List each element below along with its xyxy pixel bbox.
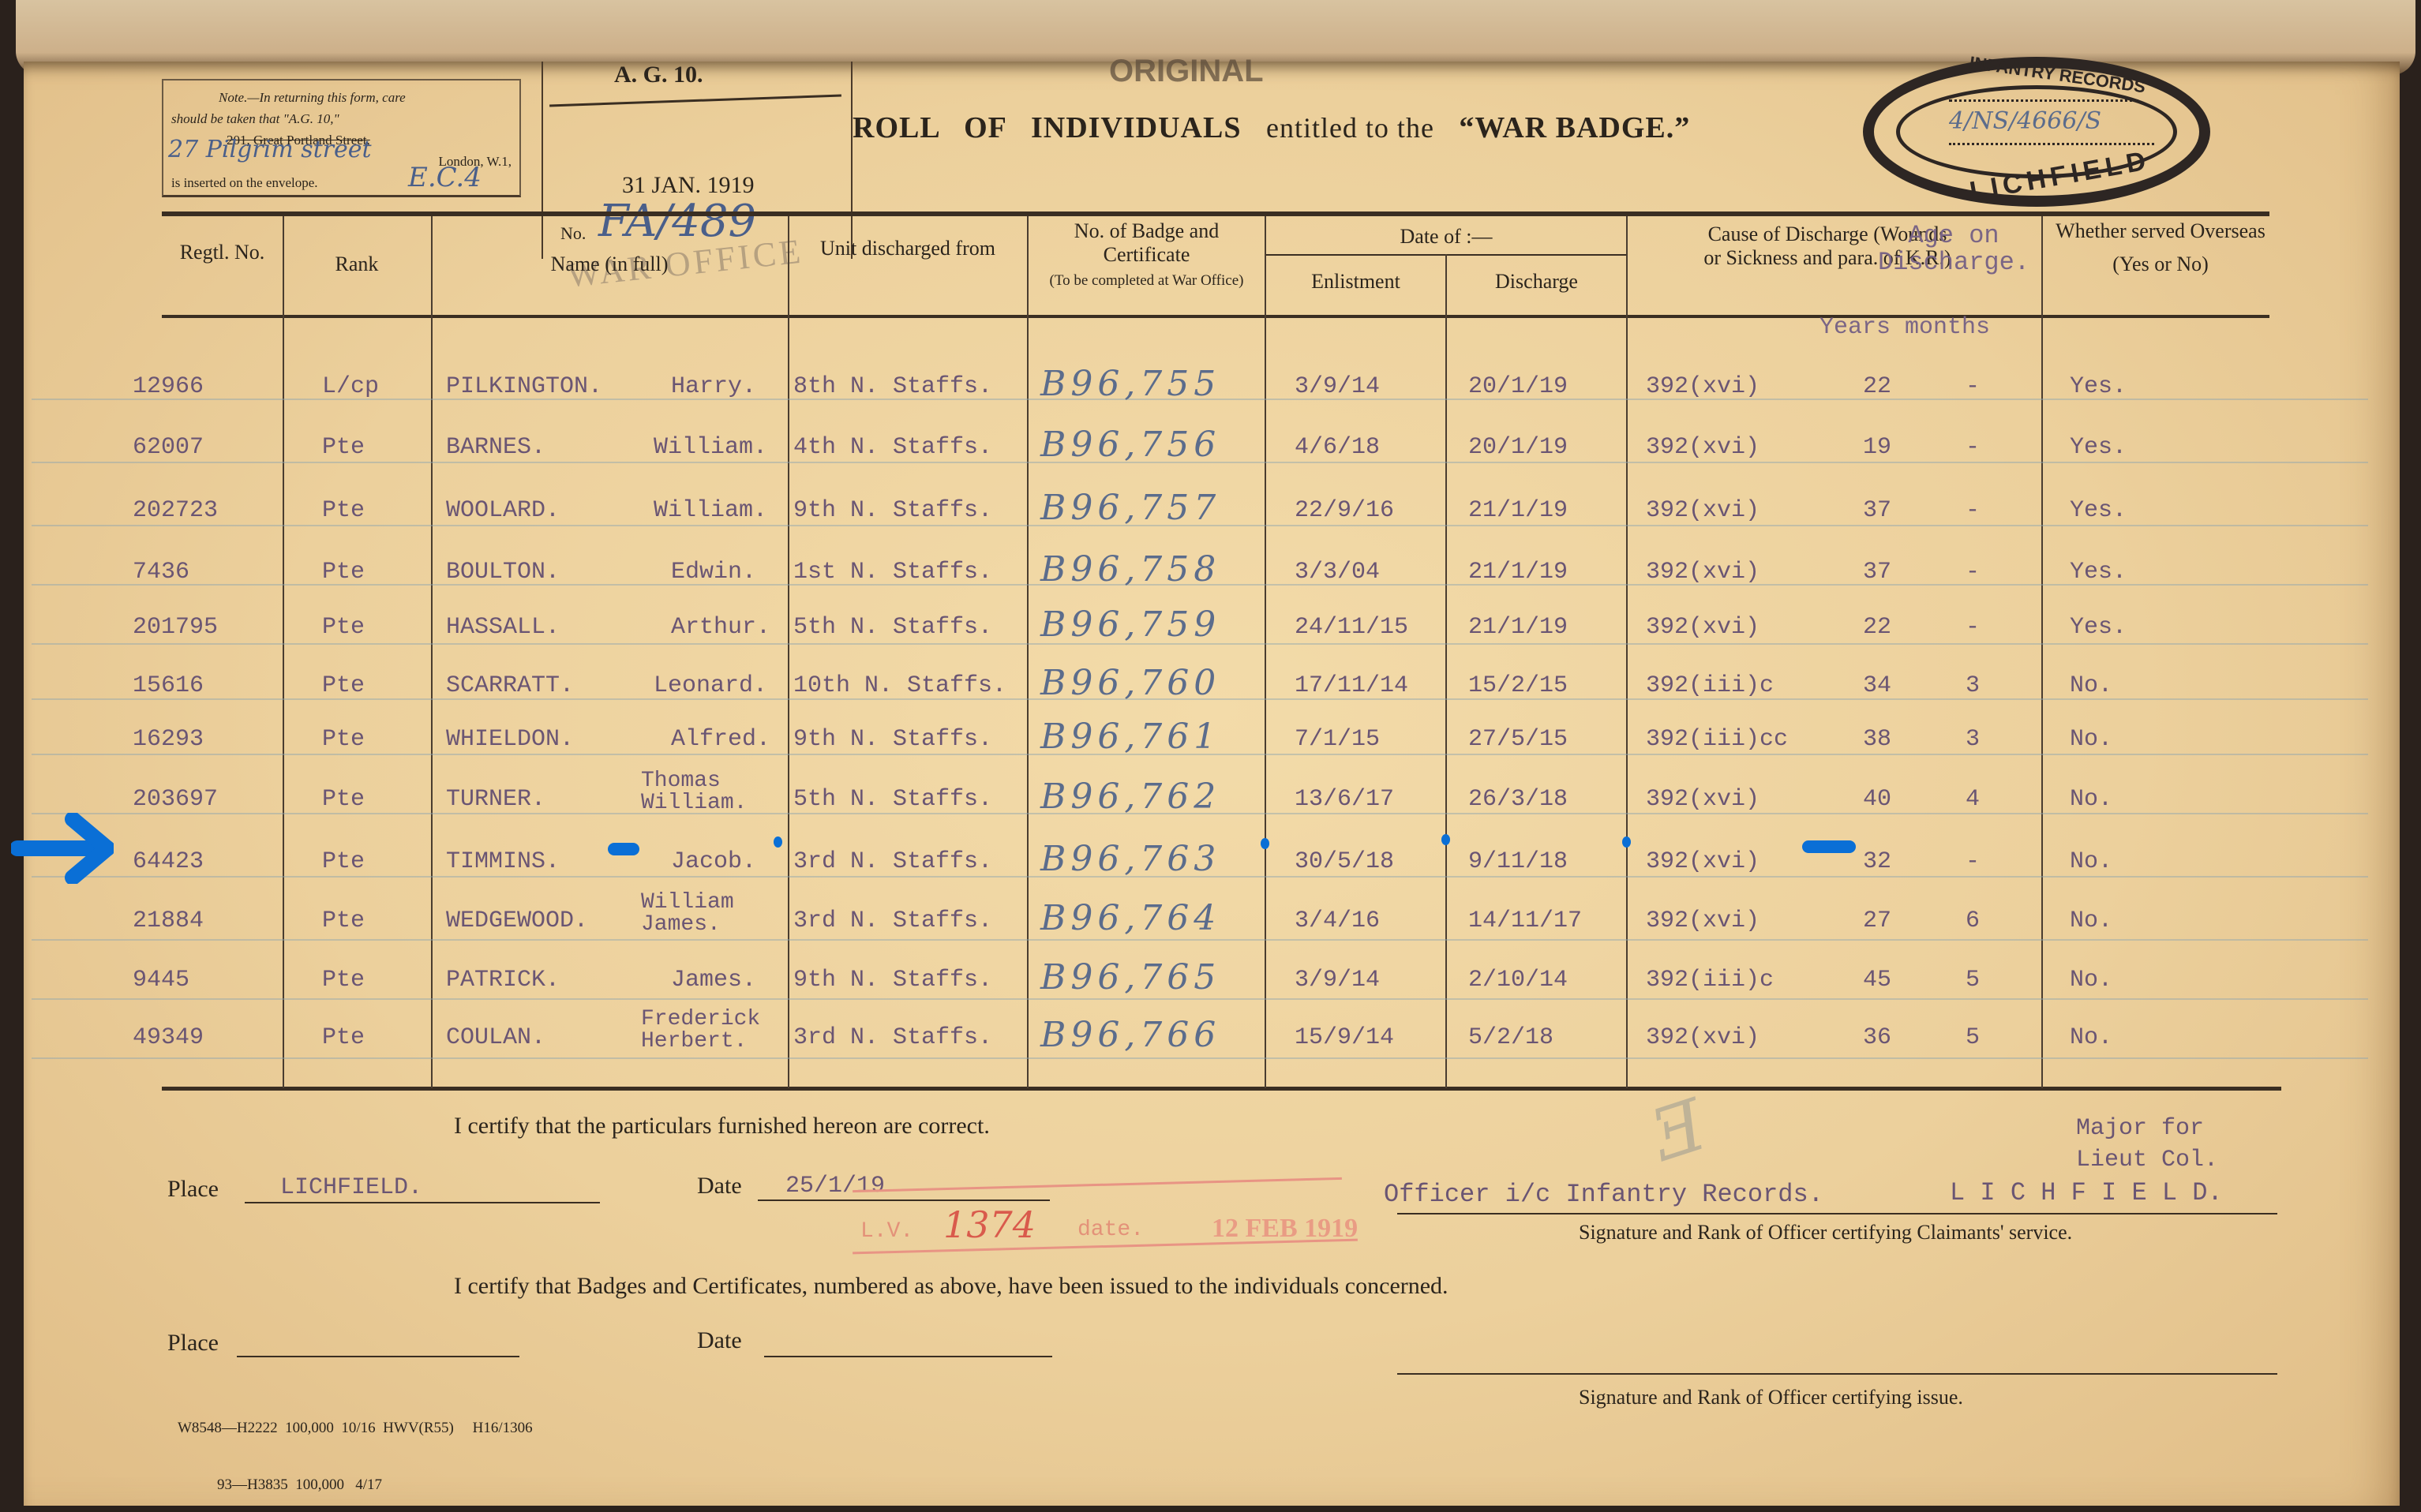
col-header-overseas: Whether served Overseas (Yes or No) (2046, 219, 2275, 276)
cause-cell: 392(xvi) (1646, 373, 1760, 400)
col-header-enlistment: Enlistment (1266, 270, 1445, 294)
unit-cell: 9th N. Staffs. (793, 967, 992, 994)
unit-cell: 3rd N. Staffs. (793, 908, 992, 934)
print-line-2: 93—H3835 100,000 4/17 (178, 1476, 533, 1495)
cause-cell: 392(iii)cc (1646, 726, 1788, 753)
age-months-cell: 3 (1966, 726, 1980, 753)
infantry-records-stamp: INFANTRY RECORDS 4/NS/4666/S LICHFIELD (1863, 57, 2210, 207)
enlistment-cell: 3/3/04 (1295, 559, 1380, 586)
cause-cell: 392(xvi) (1646, 848, 1760, 875)
rank-cell: Pte (322, 908, 365, 934)
age-months-cell: - (1966, 497, 1980, 524)
place2-field (237, 1356, 519, 1357)
enlistment-cell: 7/1/15 (1295, 726, 1380, 753)
return-note-box: Note.—In returning this form, care shoul… (162, 79, 521, 197)
surname-cell: PATRICK. (446, 967, 560, 994)
forenames-cell: William. (654, 497, 767, 524)
forenames-cell: Thomas William. (641, 770, 791, 814)
discharge-cell: 21/1/19 (1468, 614, 1568, 641)
signature-caption-issue: Signature and Rank of Officer certifying… (1579, 1386, 1963, 1409)
highlight-dash-cause (1802, 840, 1856, 853)
age-months-cell: - (1966, 559, 1980, 586)
cause-cell: 392(iii)c (1646, 672, 1774, 699)
title-roll: ROLL (853, 111, 939, 144)
forenames-cell: Arthur. (671, 614, 770, 641)
regtl-no-cell: 203697 (133, 786, 218, 813)
forenames-cell: Frederick Herbert. (641, 1009, 791, 1053)
cause-cell: 392(xvi) (1646, 1024, 1760, 1051)
note-line-1: Note.—In returning this form, care (171, 87, 512, 108)
overseas-cell: Yes. (2070, 373, 2127, 400)
cause-cell: 392(iii)c (1646, 967, 1774, 994)
received-date-stamp: 31 JAN. 1919 (622, 172, 755, 199)
cause-cell: 392(xvi) (1646, 434, 1760, 461)
right-arrow-icon (11, 813, 114, 884)
surname-cell: SCARRATT. (446, 672, 574, 699)
badge-number-cell: B96,759 (1040, 604, 1220, 645)
age-years-cell: 19 (1863, 434, 1891, 461)
col-header-badge: No. of Badge and Certificate (To be comp… (1034, 219, 1259, 290)
unit-cell: 10th N. Staffs. (793, 672, 1006, 699)
badge-number-cell: B96,765 (1040, 957, 1220, 997)
officer-place: L I C H F I E L D. (1950, 1178, 2223, 1207)
rank-cell: Pte (322, 786, 365, 813)
note-line-2: should be taken that "A.G. 10," (171, 108, 512, 129)
original-stamp: ORIGINAL (1109, 54, 1264, 89)
badge-number-cell: B96,755 (1040, 364, 1220, 404)
highlight-dot (1261, 838, 1269, 849)
overseas-cell: No. (2070, 786, 2112, 813)
date-label: Date (697, 1173, 742, 1199)
enlistment-cell: 3/4/16 (1295, 908, 1380, 934)
discharge-cell: 2/10/14 (1468, 967, 1568, 994)
rank-cell: Pte (322, 614, 365, 641)
surname-cell: COULAN. (446, 1024, 545, 1051)
regtl-no-cell: 64423 (133, 848, 204, 875)
years-months-stamp: Years months (1819, 314, 1990, 341)
regtl-no-cell: 9445 (133, 967, 189, 994)
regtl-no-cell: 12966 (133, 373, 204, 400)
red-stamp-number: 1374 (943, 1203, 1036, 1246)
unit-cell: 8th N. Staffs. (793, 373, 992, 400)
overseas-cell: Yes. (2070, 497, 2127, 524)
surname-cell: HASSALL. (446, 614, 560, 641)
badge-number-cell: B96,760 (1040, 663, 1220, 703)
age-years-cell: 27 (1863, 908, 1891, 934)
discharge-cell: 20/1/19 (1468, 373, 1568, 400)
forenames-cell: William. (654, 434, 767, 461)
discharge-cell: 15/2/15 (1468, 672, 1568, 699)
place2-label: Place (167, 1330, 219, 1357)
age-months-cell: 4 (1966, 786, 1980, 813)
rank-cell: Pte (322, 967, 365, 994)
enlistment-cell: 3/9/14 (1295, 373, 1380, 400)
cause-cell: 392(xvi) (1646, 497, 1760, 524)
overseas-cell: No. (2070, 908, 2112, 934)
badge-number-cell: B96,757 (1040, 488, 1220, 528)
surname-cell: BARNES. (446, 434, 545, 461)
officer-rank: Major for Lieut Col. (2076, 1113, 2218, 1176)
enlistment-cell: 17/11/14 (1295, 672, 1408, 699)
red-stamp-prefix: L.V. (860, 1219, 913, 1244)
forenames-cell: Harry. (671, 373, 756, 400)
badge-number-cell: B96,756 (1040, 425, 1220, 465)
stamp-reference: 4/NS/4666/S (1949, 107, 2101, 135)
discharge-cell: 21/1/19 (1468, 559, 1568, 586)
regtl-no-cell: 16293 (133, 726, 204, 753)
enlistment-cell: 15/9/14 (1295, 1024, 1394, 1051)
age-years-cell: 37 (1863, 497, 1891, 524)
discharge-cell: 21/1/19 (1468, 497, 1568, 524)
badge-number-cell: B96,758 (1040, 549, 1220, 589)
regtl-no-cell: 7436 (133, 559, 189, 586)
surname-cell: WEDGEWOOD. (446, 908, 588, 934)
unit-cell: 3rd N. Staffs. (793, 1024, 992, 1051)
rank-cell: Pte (322, 726, 365, 753)
forenames-cell: Edwin. (671, 559, 756, 586)
ag10-box: A. G. 10. 31 JAN. 1919 No. FA/489 WAR OF… (542, 62, 853, 259)
overseas-cell: No. (2070, 848, 2112, 875)
cause-cell: 392(xvi) (1646, 559, 1760, 586)
file-no-label: No. (560, 223, 586, 244)
document-title: ROLL OF INDIVIDUALS entitled to the “WAR… (853, 110, 1690, 145)
discharge-cell: 27/5/15 (1468, 726, 1568, 753)
highlight-dash-name (608, 843, 639, 855)
overseas-cell: No. (2070, 967, 2112, 994)
age-years-cell: 36 (1863, 1024, 1891, 1051)
print-line-1: W8548—H2222 100,000 10/16 HWV(R55) H16/1… (178, 1419, 533, 1438)
date2-field (764, 1356, 1052, 1357)
unit-cell: 1st N. Staffs. (793, 559, 992, 586)
overseas-cell: No. (2070, 726, 2112, 753)
age-months-cell: 3 (1966, 672, 1980, 699)
table-top-rule (162, 211, 2269, 216)
regtl-no-cell: 21884 (133, 908, 204, 934)
rank-cell: Pte (322, 497, 365, 524)
table-bottom-rule (162, 1087, 2281, 1091)
rank-cell: Pte (322, 672, 365, 699)
age-months-cell: - (1966, 614, 1980, 641)
age-months-cell: 5 (1966, 967, 1980, 994)
enlistment-cell: 3/9/14 (1295, 967, 1380, 994)
cause-cell: 392(xvi) (1646, 786, 1760, 813)
note-handwritten-code: E.C.4 (408, 167, 482, 189)
cause-cell: 392(xvi) (1646, 614, 1760, 641)
note-line-5: is inserted on the envelope. (171, 175, 318, 190)
rank-line-1: Major for (2076, 1113, 2218, 1144)
place-value: LICHFIELD. (280, 1174, 422, 1201)
print-code: W8548—H2222 100,000 10/16 HWV(R55) H16/1… (178, 1381, 533, 1512)
discharge-cell: 14/11/17 (1468, 908, 1582, 934)
certify-particulars: I certify that the particulars furnished… (454, 1113, 990, 1140)
enlistment-cell: 13/6/17 (1295, 786, 1394, 813)
discharge-cell: 20/1/19 (1468, 434, 1568, 461)
title-of: OF (964, 111, 1006, 144)
unit-cell: 9th N. Staffs. (793, 497, 992, 524)
badge-header-note: (To be completed at War Office) (1050, 272, 1244, 289)
badge-number-cell: B96,761 (1040, 717, 1220, 757)
unit-cell: 5th N. Staffs. (793, 786, 992, 813)
surname-cell: BOULTON. (446, 559, 560, 586)
rank-cell: Pte (322, 559, 365, 586)
title-war-badge: “WAR BADGE.” (1459, 111, 1690, 144)
forenames-cell: Alfred. (671, 726, 770, 753)
title-entitled: entitled to the (1266, 112, 1434, 144)
rank-line-2: Lieut Col. (2076, 1144, 2218, 1176)
signature-caption-service: Signature and Rank of Officer certifying… (1579, 1221, 2072, 1244)
enlistment-cell: 22/9/16 (1295, 497, 1394, 524)
highlight-dot (1622, 836, 1631, 848)
place-label: Place (167, 1176, 219, 1203)
regtl-no-cell: 15616 (133, 672, 204, 699)
note-handwritten-address: 27 Pilgrim street (168, 139, 372, 160)
age-months-cell: - (1966, 434, 1980, 461)
badge-number-cell: B96,764 (1040, 898, 1220, 938)
ag-form-label: A. G. 10. (614, 62, 703, 88)
forenames-cell: James. (671, 967, 756, 994)
age-years-cell: 22 (1863, 373, 1891, 400)
regtl-no-cell: 49349 (133, 1024, 204, 1051)
age-years-cell: 34 (1863, 672, 1891, 699)
forenames-cell: Leonard. (654, 672, 767, 699)
enlistment-cell: 4/6/18 (1295, 434, 1380, 461)
surname-cell: TIMMINS. (446, 848, 560, 875)
overseas-cell: Yes. (2070, 559, 2127, 586)
rank-cell: Pte (322, 434, 365, 461)
discharge-cell: 26/3/18 (1468, 786, 1568, 813)
age-months-cell: - (1966, 848, 1980, 875)
officer-title: Officer i/c Infantry Records. (1384, 1180, 1823, 1209)
certify-issued: I certify that Badges and Certificates, … (454, 1273, 1448, 1300)
age-years-cell: 22 (1863, 614, 1891, 641)
age-on-discharge-stamp: Age on Discharge. (1871, 223, 2037, 276)
age-years-cell: 40 (1863, 786, 1891, 813)
badge-number-cell: B96,766 (1040, 1015, 1220, 1055)
regtl-no-cell: 202723 (133, 497, 218, 524)
age-years-cell: 37 (1863, 559, 1891, 586)
age-months-cell: 5 (1966, 1024, 1980, 1051)
col-header-discharge: Discharge (1447, 270, 1626, 294)
surname-cell: WOOLARD. (446, 497, 560, 524)
rank-cell: Pte (322, 1024, 365, 1051)
discharge-cell: 9/11/18 (1468, 848, 1568, 875)
age-months-cell: 6 (1966, 908, 1980, 934)
overseas-cell: No. (2070, 672, 2112, 699)
unit-cell: 9th N. Staffs. (793, 726, 992, 753)
regtl-no-cell: 201795 (133, 614, 218, 641)
badge-header-title: No. of Badge and Certificate (1034, 219, 1259, 267)
highlight-dot (1441, 834, 1450, 845)
age-years-cell: 32 (1863, 848, 1891, 875)
enlistment-cell: 30/5/18 (1295, 848, 1394, 875)
age-years-cell: 45 (1863, 967, 1891, 994)
overseas-header-title: Whether served Overseas (2046, 219, 2275, 243)
age-years-cell: 38 (1863, 726, 1891, 753)
overseas-cell: No. (2070, 1024, 2112, 1051)
date-value: 25/1/19 (785, 1173, 885, 1199)
surname-cell: WHIELDON. (446, 726, 574, 753)
forenames-cell: William James. (641, 892, 791, 936)
col-header-name: Name (in full) (431, 253, 788, 276)
badge-number-cell: B96,762 (1040, 777, 1220, 817)
unit-cell: 5th N. Staffs. (793, 614, 992, 641)
red-stamp-date-label: date. (1077, 1218, 1144, 1242)
surname-cell: PILKINGTON. (446, 373, 602, 400)
regtl-no-cell: 62007 (133, 434, 204, 461)
forenames-cell: Jacob. (671, 848, 756, 875)
col-header-date-of: Date of :— (1266, 225, 1626, 249)
col-header-rank: Rank (283, 253, 431, 276)
rank-cell: L/cp (322, 373, 379, 400)
surname-cell: TURNER. (446, 786, 545, 813)
overseas-cell: Yes. (2070, 614, 2127, 641)
overseas-cell: Yes. (2070, 434, 2127, 461)
age-months-cell: - (1966, 373, 1980, 400)
date2-label: Date (697, 1327, 742, 1354)
enlistment-cell: 24/11/15 (1295, 614, 1408, 641)
rank-cell: Pte (322, 848, 365, 875)
col-header-unit: Unit discharged from (797, 237, 1018, 260)
cause-cell: 392(xvi) (1646, 908, 1760, 934)
discharge-cell: 5/2/18 (1468, 1024, 1553, 1051)
overseas-header-note: (Yes or No) (2046, 253, 2275, 276)
unit-cell: 4th N. Staffs. (793, 434, 992, 461)
unit-cell: 3rd N. Staffs. (793, 848, 992, 875)
highlight-dot (774, 836, 782, 848)
title-individuals: INDIVIDUALS (1031, 111, 1242, 144)
col-header-regtl-no: Regtl. No. (162, 241, 283, 264)
badge-number-cell: B96,763 (1040, 839, 1220, 879)
